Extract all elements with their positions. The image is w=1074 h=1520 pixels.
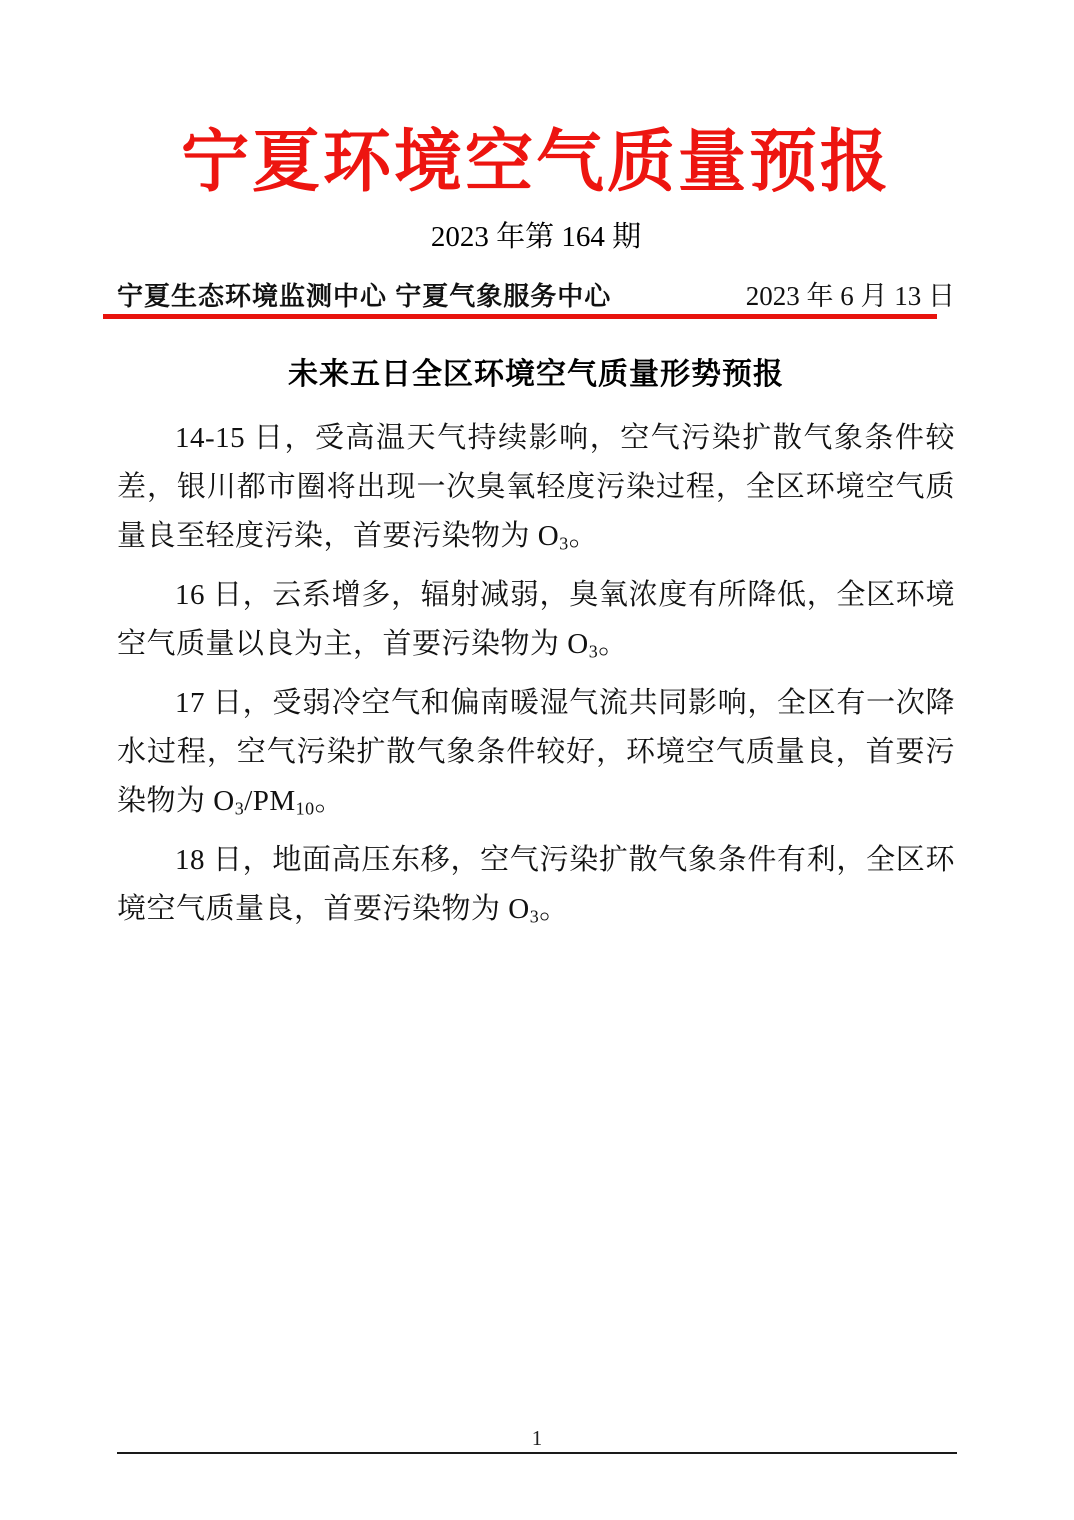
- paragraph-day16: 16 日，云系增多，辐射减弱，臭氧浓度有所降低，全区环境空气质量以良为主，首要污…: [117, 571, 955, 669]
- publisher-row: 宁夏生态环境监测中心 宁夏气象服务中心 2023 年 6 月 13 日: [117, 281, 955, 311]
- document-content: 宁夏环境空气质量预报 2023 年第 164 期 宁夏生态环境监测中心 宁夏气象…: [117, 0, 955, 1520]
- subscript: 3: [559, 533, 568, 553]
- subscript: 3: [235, 798, 244, 818]
- section-heading: 未来五日全区环境空气质量形势预报: [117, 358, 955, 392]
- subscript: 10: [296, 798, 315, 818]
- paragraph-day14-15: 14-15 日，受高温天气持续影响，空气污染扩散气象条件较差，银川都市圈将出现一…: [117, 414, 955, 561]
- publisher-names: 宁夏生态环境监测中心 宁夏气象服务中心: [117, 281, 611, 311]
- page-number: 1: [117, 1424, 957, 1452]
- paragraph-text: 。: [598, 628, 628, 660]
- paragraph-text: 。: [539, 893, 569, 925]
- document-page: { "header": { "title": "宁夏环境空气质量预报", "is…: [0, 0, 1074, 1520]
- red-divider-rule: [103, 314, 937, 319]
- paragraph-text: 16 日，云系增多，辐射减弱，臭氧浓度有所降低，全区环境空气质量以良为主，首要污…: [117, 579, 955, 660]
- subscript: 3: [530, 906, 539, 926]
- publish-date: 2023 年 6 月 13 日: [746, 281, 955, 311]
- document-title: 宁夏环境空气质量预报: [117, 122, 955, 202]
- forecast-body: 14-15 日，受高温天气持续影响，空气污染扩散气象条件较差，银川都市圈将出现一…: [117, 414, 955, 934]
- paragraph-text: 。: [569, 520, 599, 552]
- paragraph-text: 14-15 日，受高温天气持续影响，空气污染扩散气象条件较差，银川都市圈将出现一…: [117, 422, 955, 552]
- paragraph-day18: 18 日，地面高压东移，空气污染扩散气象条件有利，全区环境空气质量良，首要污染物…: [117, 836, 955, 934]
- subscript: 3: [589, 641, 598, 661]
- paragraph-text: /PM: [244, 785, 295, 817]
- paragraph-text: 。: [315, 785, 345, 817]
- paragraph-day17: 17 日，受弱冷空气和偏南暖湿气流共同影响，全区有一次降水过程，空气污染扩散气象…: [117, 679, 955, 826]
- footer-rule: [117, 1452, 957, 1454]
- issue-number: 2023 年第 164 期: [117, 220, 955, 254]
